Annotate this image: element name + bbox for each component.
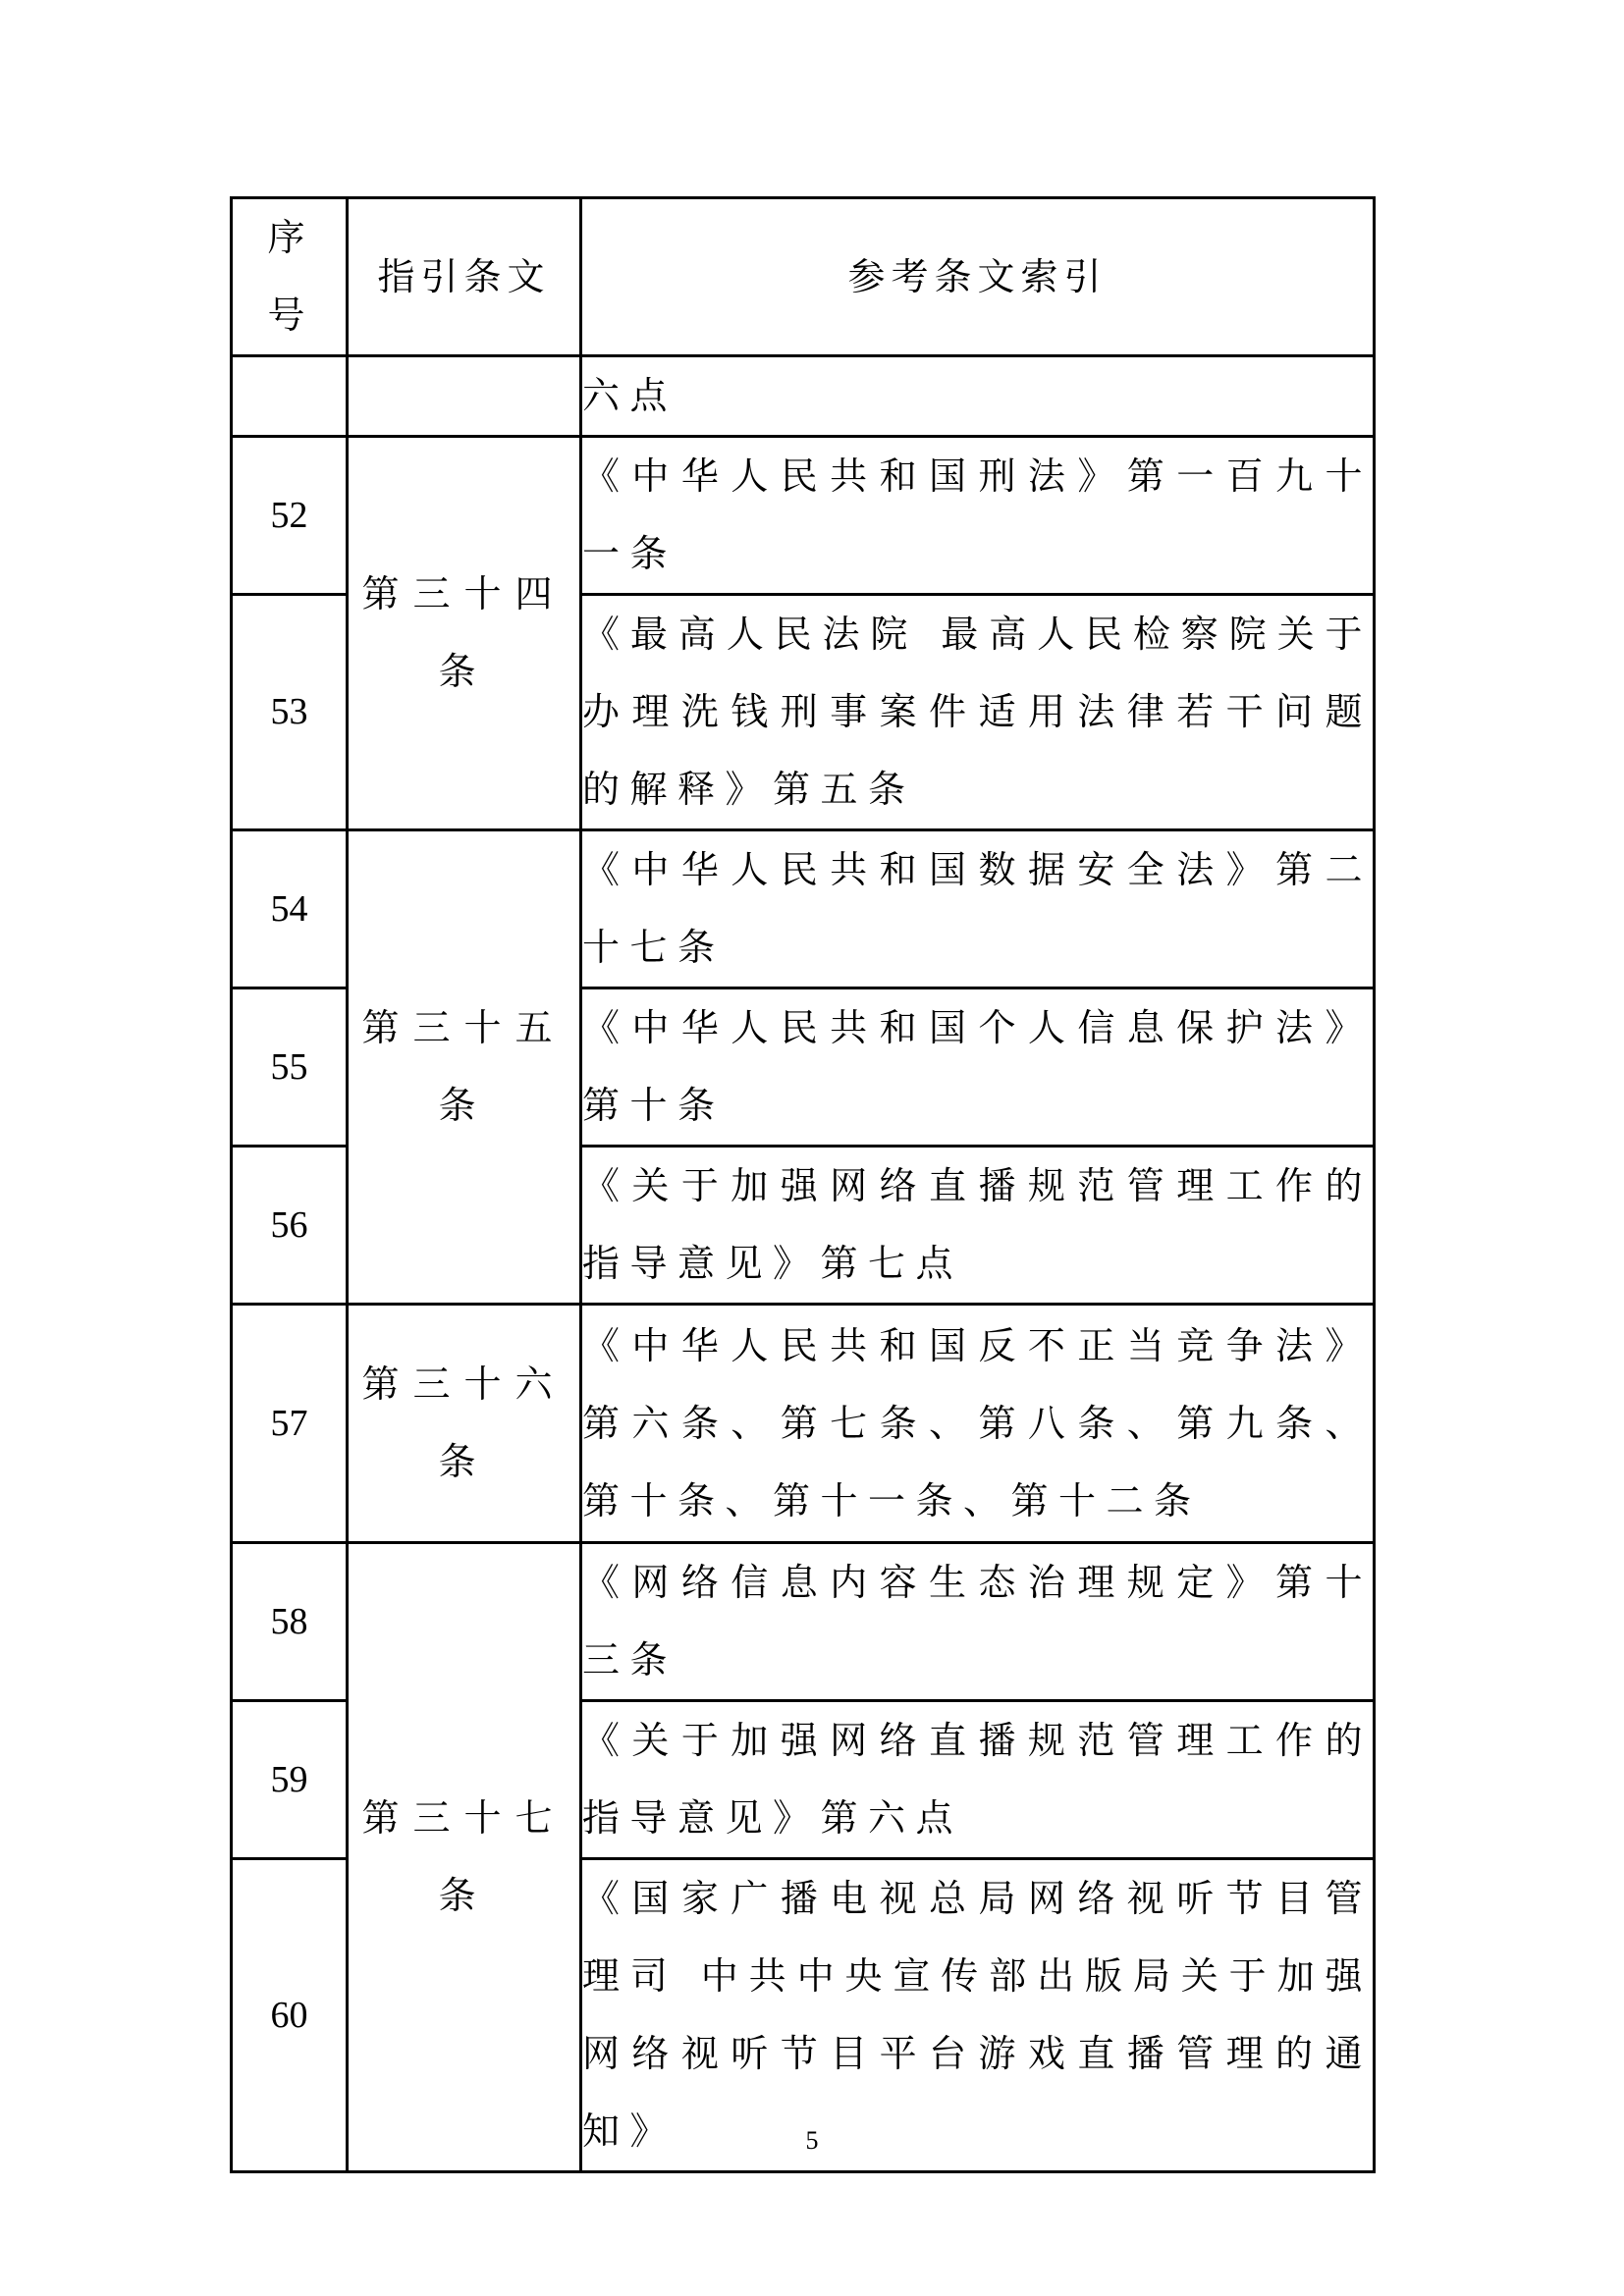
reference-cell: 《中华人民共和国个人信息保护法》第十条	[581, 988, 1375, 1147]
guide-article-cell: 第三十七条	[348, 1543, 581, 2172]
seq-cell: 60	[232, 1859, 348, 2172]
page-number: 5	[0, 2126, 1624, 2156]
seq-cell: 54	[232, 830, 348, 988]
table-row: 57 第三十六条 《中华人民共和国反不正当竞争法》第六条、第七条、第八条、第九条…	[232, 1305, 1375, 1543]
seq-cell: 53	[232, 595, 348, 830]
header-reference-index: 参考条文索引	[581, 198, 1375, 356]
reference-cell: 《中华人民共和国反不正当竞争法》第六条、第七条、第八条、第九条、第十条、第十一条…	[581, 1305, 1375, 1543]
reference-cell: 《中华人民共和国刑法》第一百九十一条	[581, 437, 1375, 595]
reference-cell: 六点	[581, 356, 1375, 437]
table-header-row: 序 号 指引条文 参考条文索引	[232, 198, 1375, 356]
seq-cell	[232, 356, 348, 437]
reference-cell: 《关于加强网络直播规范管理工作的指导意见》第六点	[581, 1701, 1375, 1859]
document-page: 序 号 指引条文 参考条文索引 六点 52 第三十四条 《中华人民共和国刑法》第…	[0, 0, 1624, 2296]
seq-cell: 56	[232, 1147, 348, 1305]
guide-article-cell: 第三十六条	[348, 1305, 581, 1543]
header-guide-article: 指引条文	[348, 198, 581, 356]
reference-cell: 《最高人民法院 最高人民检察院关于办理洗钱刑事案件适用法律若干问题的解释》第五条	[581, 595, 1375, 830]
seq-cell: 52	[232, 437, 348, 595]
table-row: 58 第三十七条 《网络信息内容生态治理规定》第十三条	[232, 1543, 1375, 1701]
seq-cell: 58	[232, 1543, 348, 1701]
table-row: 52 第三十四条 《中华人民共和国刑法》第一百九十一条	[232, 437, 1375, 595]
table-row: 54 第三十五条 《中华人民共和国数据安全法》第二十七条	[232, 830, 1375, 988]
seq-cell: 59	[232, 1701, 348, 1859]
guide-article-cell	[348, 356, 581, 437]
guide-article-cell: 第三十四条	[348, 437, 581, 830]
reference-cell: 《中华人民共和国数据安全法》第二十七条	[581, 830, 1375, 988]
table-row-continuation: 六点	[232, 356, 1375, 437]
reference-table: 序 号 指引条文 参考条文索引 六点 52 第三十四条 《中华人民共和国刑法》第…	[230, 196, 1376, 2173]
guide-article-cell: 第三十五条	[348, 830, 581, 1305]
seq-cell: 55	[232, 988, 348, 1147]
reference-cell: 《网络信息内容生态治理规定》第十三条	[581, 1543, 1375, 1701]
seq-cell: 57	[232, 1305, 348, 1543]
header-seq: 序 号	[232, 198, 348, 356]
reference-cell: 《国家广播电视总局网络视听节目管理司 中共中央宣传部出版局关于加强网络视听节目平…	[581, 1859, 1375, 2172]
reference-cell: 《关于加强网络直播规范管理工作的指导意见》第七点	[581, 1147, 1375, 1305]
